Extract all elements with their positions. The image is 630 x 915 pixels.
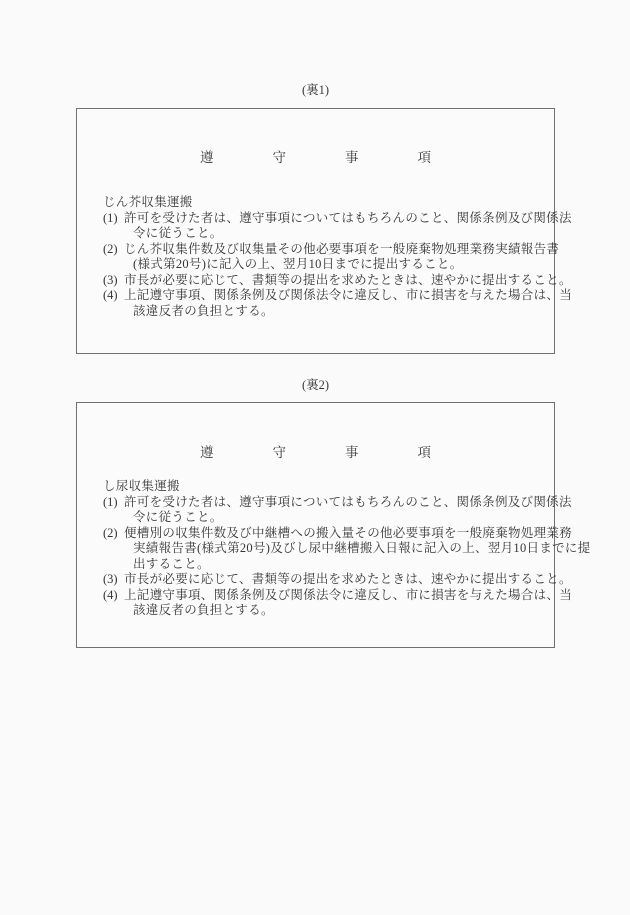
box1-title: 遵守事項 — [77, 150, 554, 165]
box2-item-3-number: (3) — [103, 572, 124, 588]
box2-item-1-line-1: (1)許可を受けた者は、遵守事項についてはもちろんのこと、関係条例及び関係法 — [103, 495, 550, 511]
box2-item-2-line-2: 実績報告書(様式第20号)及びし尿中継槽搬入日報に記入の上、翌月10日までに提 — [103, 541, 550, 557]
box1-item-3-number: (3) — [103, 273, 124, 289]
box2-item-4-number: (4) — [103, 588, 124, 604]
box1-item-3-line-1: (3)市長が必要に応じて、書類等の提出を求めたときは、速やかに提出すること。 — [103, 273, 550, 289]
box2-item-4-line-2: 該違反者の負担とする。 — [103, 603, 550, 619]
box2-body: し尿収集運搬 (1)許可を受けた者は、遵守事項についてはもちろんのこと、関係条例… — [103, 479, 550, 619]
box1-item-2-number: (2) — [103, 242, 124, 258]
box1-item-1-line-1: (1)許可を受けた者は、遵守事項についてはもちろんのこと、関係条例及び関係法 — [103, 211, 550, 227]
box1-item-2-line-2: (様式第20号)に記入の上、翌月10日までに提出すること。 — [103, 257, 550, 273]
back-page-label-1: (裏1) — [76, 83, 555, 97]
box2-item-1-number: (1) — [103, 495, 124, 511]
box1-item-1-number: (1) — [103, 211, 124, 227]
box2-item-4-text: 上記遵守事項、関係条例及び関係法令に違反し、市に損害を与えた場合は、当 — [124, 588, 572, 602]
box1-item-2-text: じん芥収集件数及び収集量その他必要事項を一般廃棄物処理業務実績報告書 — [124, 242, 559, 256]
box2-item-2-number: (2) — [103, 526, 124, 542]
compliance-box-2: 遵守事項 し尿収集運搬 (1)許可を受けた者は、遵守事項についてはもちろんのこと… — [76, 402, 555, 648]
box2-item-3-line-1: (3)市長が必要に応じて、書類等の提出を求めたときは、速やかに提出すること。 — [103, 572, 550, 588]
box1-item-2-line-1: (2)じん芥収集件数及び収集量その他必要事項を一般廃棄物処理業務実績報告書 — [103, 242, 550, 258]
box1-item-4-text: 上記遵守事項、関係条例及び関係法令に違反し、市に損害を与えた場合は、当 — [124, 288, 572, 302]
box2-item-2-line-1: (2)便槽別の収集件数及び中継槽への搬入量その他必要事項を一般廃棄物処理業務 — [103, 526, 550, 542]
box1-item-4-number: (4) — [103, 288, 124, 304]
box1-item-1-line-2: 令に従うこと。 — [103, 226, 550, 242]
box1-body: じん芥収集運搬 (1)許可を受けた者は、遵守事項についてはもちろんのこと、関係条… — [103, 195, 550, 319]
box2-item-2-text: 便槽別の収集件数及び中継槽への搬入量その他必要事項を一般廃棄物処理業務 — [124, 526, 572, 540]
box2-item-4-line-1: (4)上記遵守事項、関係条例及び関係法令に違反し、市に損害を与えた場合は、当 — [103, 588, 550, 604]
back-page-label-2: (裏2) — [76, 378, 555, 392]
box2-item-1-line-2: 令に従うこと。 — [103, 510, 550, 526]
box2-section-heading: し尿収集運搬 — [103, 479, 550, 495]
box1-item-4-line-2: 該違反者の負担とする。 — [103, 304, 550, 320]
box1-item-1-text: 許可を受けた者は、遵守事項についてはもちろんのこと、関係条例及び関係法 — [124, 211, 572, 225]
box1-item-4-line-1: (4)上記遵守事項、関係条例及び関係法令に違反し、市に損害を与えた場合は、当 — [103, 288, 550, 304]
box2-item-1-text: 許可を受けた者は、遵守事項についてはもちろんのこと、関係条例及び関係法 — [124, 495, 572, 509]
box2-item-2-line-3: 出すること。 — [103, 557, 550, 573]
box2-title: 遵守事項 — [77, 445, 554, 460]
compliance-box-1: 遵守事項 じん芥収集運搬 (1)許可を受けた者は、遵守事項についてはもちろんのこ… — [76, 108, 555, 354]
box1-section-heading: じん芥収集運搬 — [103, 195, 550, 211]
box2-item-3-text: 市長が必要に応じて、書類等の提出を求めたときは、速やかに提出すること。 — [124, 572, 572, 586]
box1-item-3-text: 市長が必要に応じて、書類等の提出を求めたときは、速やかに提出すること。 — [124, 273, 572, 287]
document-page: (裏1) 遵守事項 じん芥収集運搬 (1)許可を受けた者は、遵守事項についてはも… — [0, 0, 630, 915]
